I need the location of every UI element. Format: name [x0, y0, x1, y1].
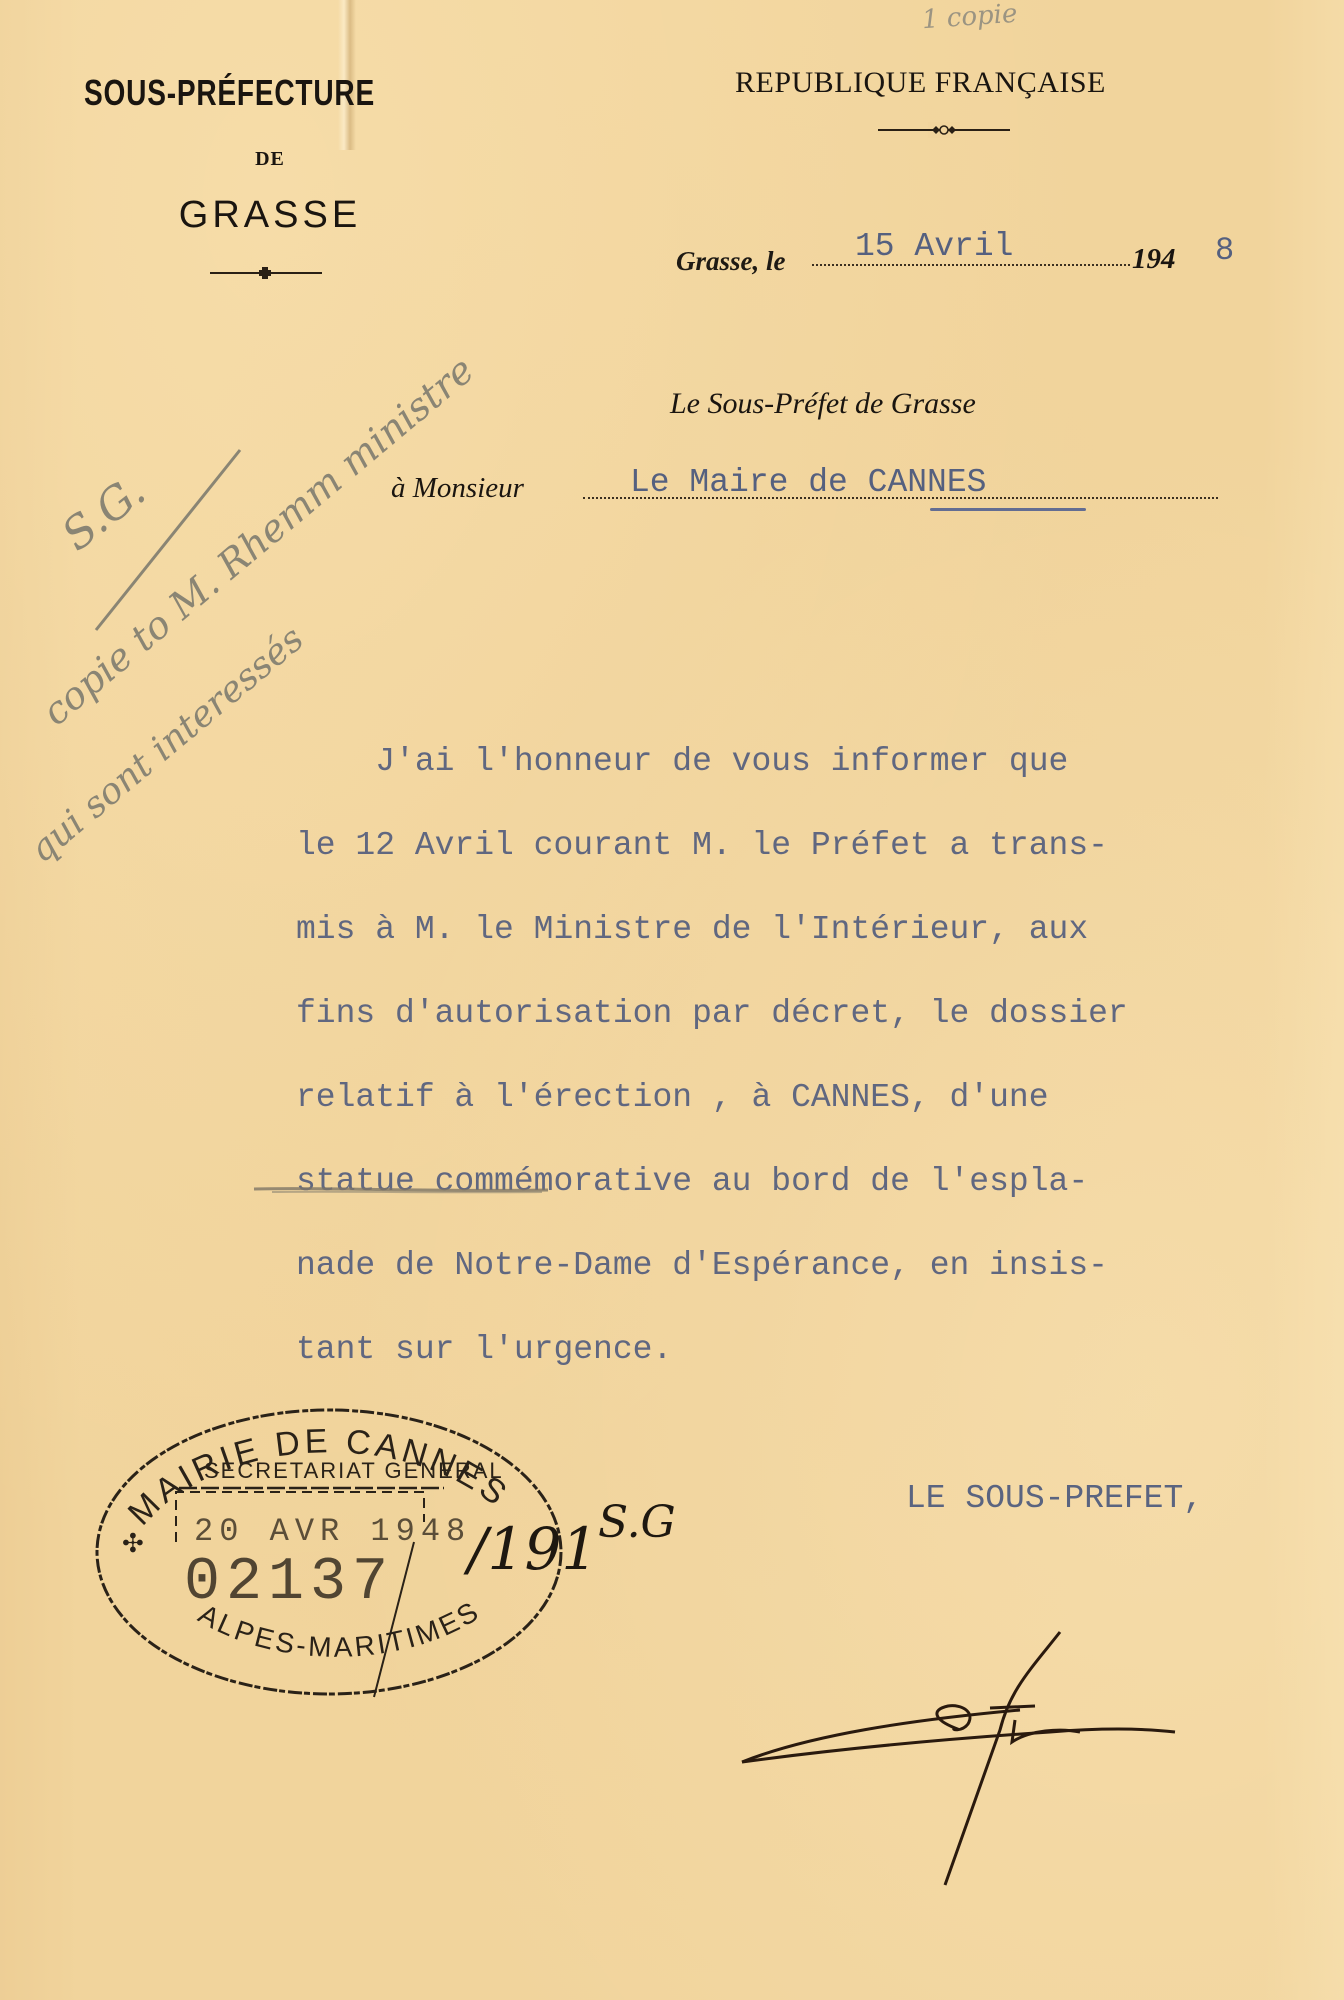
body-line: relatif à l'érection , à CANNES, d'une [296, 1056, 1336, 1140]
date-typed-day-month: 15 Avril [855, 228, 1013, 265]
letterhead-country: REPUBLIQUE FRANÇAISE [735, 66, 1155, 100]
stamp-handwritten-ref: /191 [468, 1515, 598, 1583]
date-prefix: Grasse, le [676, 246, 786, 277]
letterhead-connector: DE [240, 148, 300, 171]
annotation-margin-line2: qui sont interessés [22, 618, 312, 871]
pencil-underline-mark [252, 1186, 552, 1194]
stamp-date: 20 AVR 1948 [194, 1513, 471, 1550]
letterhead-office: SOUS-PRÉFECTURE [84, 72, 373, 114]
recipient-underline [930, 508, 1086, 511]
letter-body: J'ai l'honneur de vous informer que le 1… [296, 720, 1336, 1392]
date-year-printed: 194 [1132, 243, 1176, 276]
body-line: J'ai l'honneur de vous informer que [296, 720, 1336, 804]
stamp-handwritten-initials: S.G [598, 1497, 676, 1548]
letterhead-city: GRASSE [150, 194, 390, 237]
body-line: nade de Notre-Dame d'Espérance, en insis… [296, 1224, 1336, 1308]
date-year-typed: 8 [1215, 232, 1234, 269]
closing-title: LE SOUS-PREFET, [906, 1480, 1203, 1517]
body-line: tant sur l'urgence. [296, 1308, 1336, 1392]
sender-line: Le Sous-Préfet de Grasse [670, 387, 976, 421]
body-line: fins d'autorisation par décret, le dossi… [296, 972, 1336, 1056]
body-line: statue commémorative au bord de l'espla- [296, 1140, 1336, 1224]
body-line: mis à M. le Ministre de l'Intérieur, aux [296, 888, 1336, 972]
annotation-top-copy: 1 copie [921, 0, 1018, 35]
handwritten-signature-icon [730, 1620, 1190, 1900]
divider-cross-ornament-icon [258, 266, 272, 280]
body-line: le 12 Avril courant M. le Préfet a trans… [296, 804, 1336, 888]
svg-text:✣: ✣ [122, 1528, 144, 1558]
stamp-header: SECRETARIAT GENERAL [204, 1458, 504, 1483]
recipient-prefix: à Monsieur [391, 472, 524, 505]
recipient-name: Le Maire de CANNES [630, 464, 986, 501]
divider-ring-ornament-icon [928, 122, 960, 138]
